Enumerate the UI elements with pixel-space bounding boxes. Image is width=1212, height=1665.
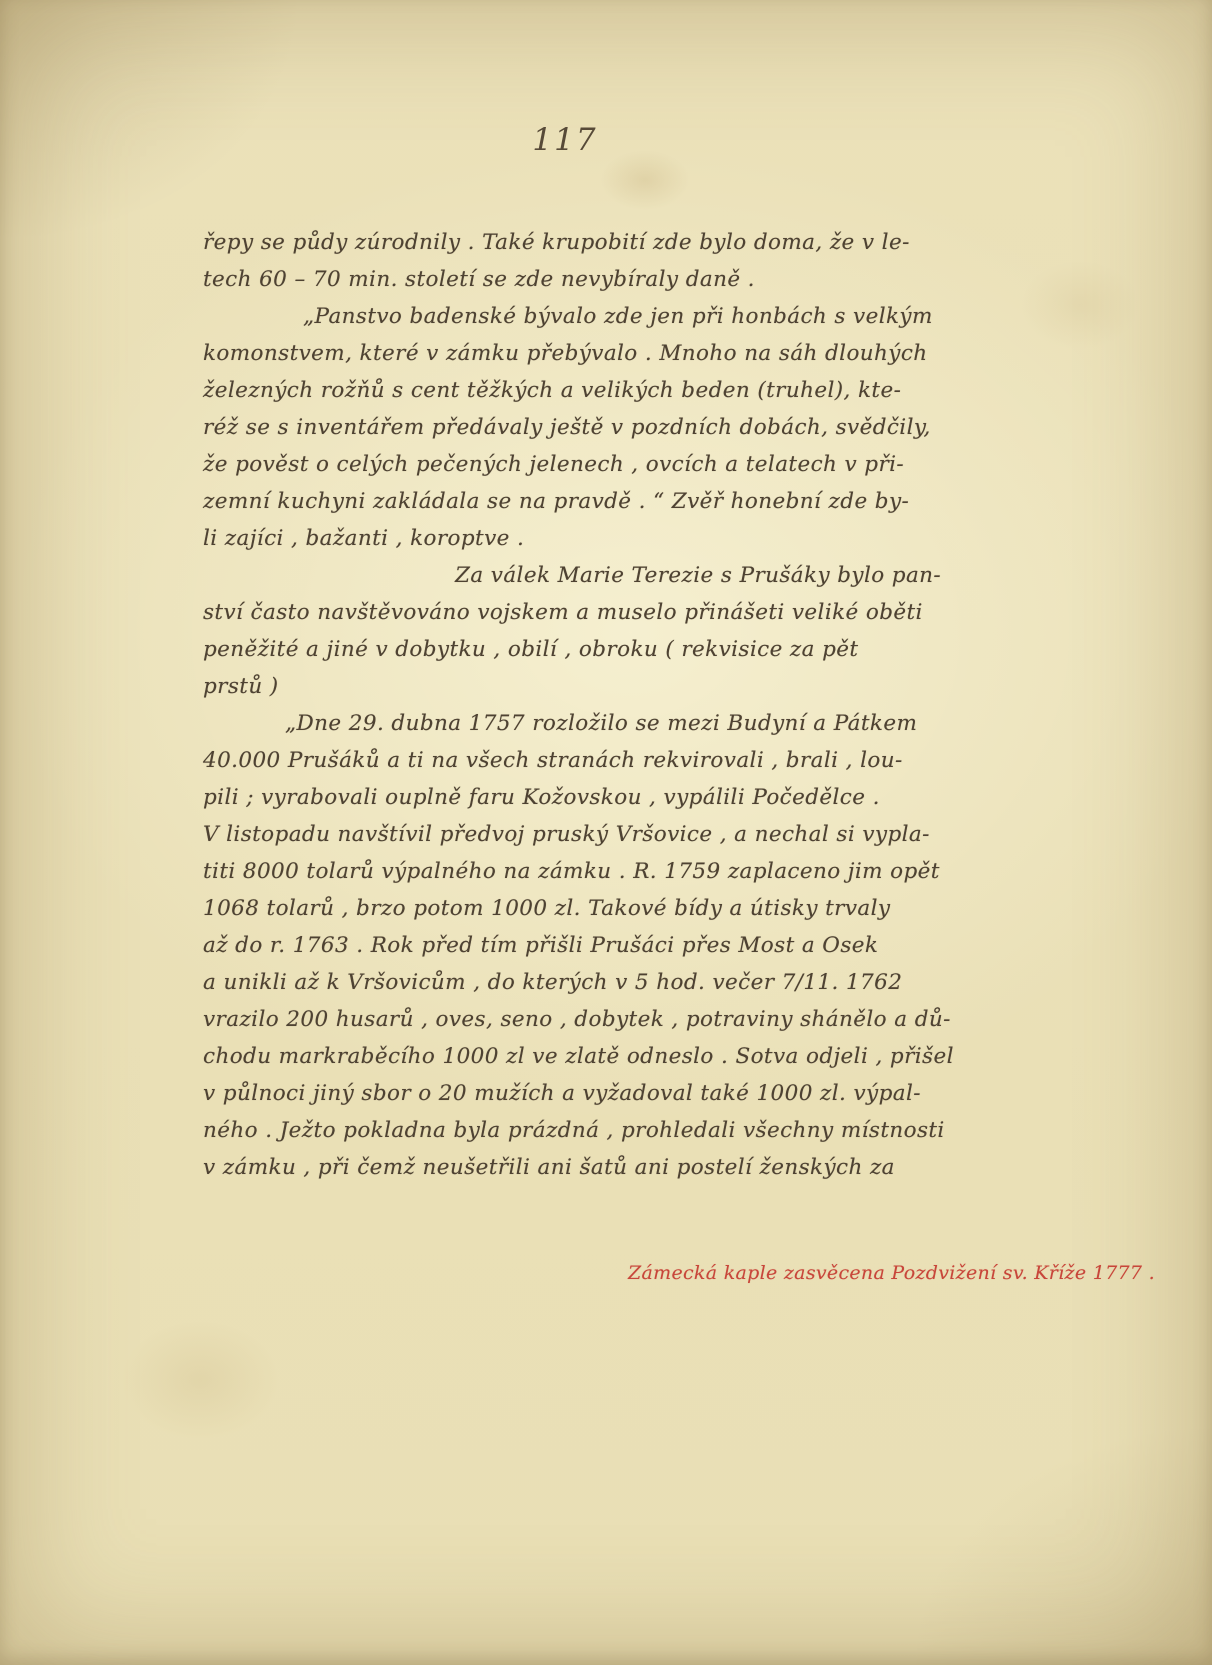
paper-stain bbox=[600, 150, 690, 210]
manuscript-line: Za válek Marie Terezie s Prušáky bylo pa… bbox=[203, 557, 993, 594]
manuscript-line: a unikli až k Vršovicům , do kterých v 5… bbox=[203, 964, 993, 1001]
manuscript-line: řepy se půdy zúrodnily . Také krupobití … bbox=[203, 224, 993, 261]
manuscript-line: chodu markraběcího 1000 zl ve zlatě odne… bbox=[203, 1038, 993, 1075]
manuscript-line: v zámku , při čemž neušetřili ani šatů a… bbox=[203, 1149, 993, 1186]
manuscript-page: 117 řepy se půdy zúrodnily . Také krupob… bbox=[0, 0, 1212, 1665]
manuscript-line: li zajíci , bažanti , koroptve . bbox=[203, 520, 993, 557]
manuscript-line: 40.000 Prušáků a ti na všech stranách re… bbox=[203, 742, 993, 779]
manuscript-line: komonstvem, které v zámku přebývalo . Mn… bbox=[203, 335, 993, 372]
manuscript-line: „Panstvo badenské bývalo zde jen při hon… bbox=[203, 298, 993, 335]
page-number: 117 bbox=[0, 122, 1130, 158]
manuscript-line: peněžité a jiné v dobytku , obilí , obro… bbox=[203, 631, 993, 668]
manuscript-line: zemní kuchyni zakládala se na pravdě . “… bbox=[203, 483, 993, 520]
manuscript-line: železných rožňů s cent těžkých a velikýc… bbox=[203, 372, 993, 409]
manuscript-line: prstů ) bbox=[203, 668, 993, 705]
manuscript-line: titi 8000 tolarů výpalného na zámku . R.… bbox=[203, 853, 993, 890]
manuscript-line: že pověst o celých pečených jelenech , o… bbox=[203, 446, 993, 483]
manuscript-line: réž se s inventářem předávaly ještě v po… bbox=[203, 409, 993, 446]
manuscript-line: až do r. 1763 . Rok před tím přišli Pruš… bbox=[203, 927, 993, 964]
marginal-note-red: Zámecká kaple zasvěcena Pozdvižení sv. K… bbox=[628, 1262, 1155, 1284]
manuscript-line: v půlnoci jiný sbor o 20 mužích a vyžado… bbox=[203, 1075, 993, 1112]
handwritten-text-block: řepy se půdy zúrodnily . Také krupobití … bbox=[203, 224, 993, 1186]
paper-stain bbox=[120, 1320, 280, 1440]
paper-stain bbox=[1020, 260, 1140, 350]
manuscript-line: V listopadu navštívil předvoj pruský Vrš… bbox=[203, 816, 993, 853]
manuscript-line: pili ; vyrabovali ouplně faru Kožovskou … bbox=[203, 779, 993, 816]
manuscript-line: vrazilo 200 husarů , oves, seno , dobyte… bbox=[203, 1001, 993, 1038]
manuscript-line: ství často navštěvováno vojskem a muselo… bbox=[203, 594, 993, 631]
manuscript-line: „Dne 29. dubna 1757 rozložilo se mezi Bu… bbox=[203, 705, 993, 742]
manuscript-line: tech 60 – 70 min. století se zde nevybír… bbox=[203, 261, 993, 298]
manuscript-line: ného . Ježto pokladna byla prázdná , pro… bbox=[203, 1112, 993, 1149]
manuscript-line: 1068 tolarů , brzo potom 1000 zl. Takové… bbox=[203, 890, 993, 927]
